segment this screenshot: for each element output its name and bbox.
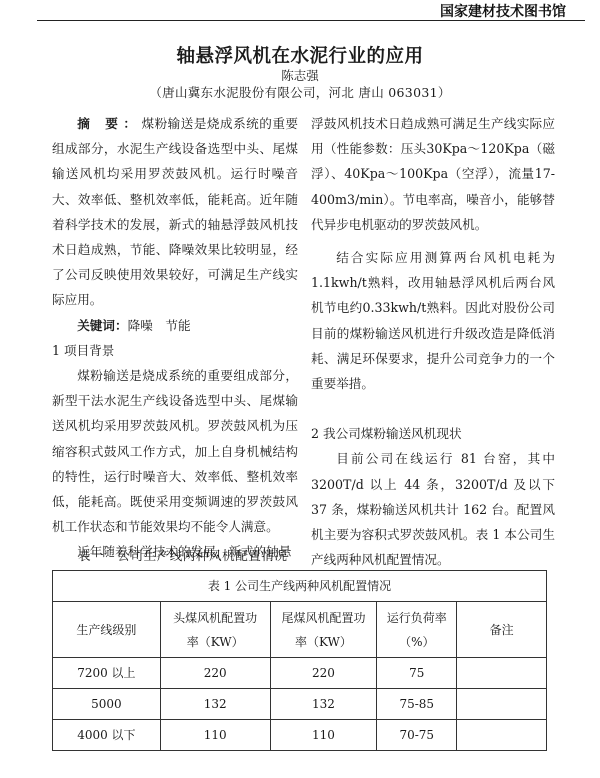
keywords: 关键词：降噪 节能: [52, 313, 298, 338]
cell-load-rate: 75: [377, 658, 457, 689]
header-text: 生产线级别: [76, 623, 136, 637]
header-text: 率（KW）: [187, 635, 244, 649]
cell-line-level: 4000 以下: [53, 720, 161, 751]
cell-head-fan-power: 132: [160, 689, 270, 720]
library-name: 国家建材技术图书馆: [440, 1, 566, 21]
keywords-label: 关键词：: [77, 318, 127, 333]
table-row: 4000 以下 110 110 70-75: [53, 720, 547, 751]
table-title: 表 1 公司生产线两种风机配置情况: [53, 571, 547, 602]
cell-tail-fan-power: 132: [270, 689, 377, 720]
spacer: [311, 396, 555, 421]
section-heading-2: 2 我公司煤粉输送风机现状: [311, 421, 555, 446]
header-text: 头煤风机配置功: [173, 611, 257, 625]
table-row: 5000 132 132 75-85: [53, 689, 547, 720]
header-text: 备注: [490, 623, 514, 637]
table-row: 7200 以上 220 220 75: [53, 658, 547, 689]
keywords-text: 降噪 节能: [128, 318, 191, 333]
cell-head-fan-power: 220: [160, 658, 270, 689]
section-1-paragraph-1: 煤粉输送是烧成系统的重要组成部分，新型干法水泥生产线设备选型中头、尾煤输送风机均…: [52, 363, 298, 539]
cell-tail-fan-power: 220: [270, 658, 377, 689]
header-remarks: 备注: [457, 602, 547, 658]
left-column: 摘 要：煤粉输送是烧成系统的重要组成部分，水泥生产线设备选型中头、尾煤输送风机均…: [52, 111, 298, 565]
cell-remarks: [457, 658, 547, 689]
header-tail-fan-power: 尾煤风机配置功率（KW）: [270, 602, 377, 658]
header-head-fan-power: 头煤风机配置功率（KW）: [160, 602, 270, 658]
abstract: 摘 要：煤粉输送是烧成系统的重要组成部分，水泥生产线设备选型中头、尾煤输送风机均…: [52, 111, 298, 313]
section-2-paragraph-1: 目前公司在线运行 81 台窑，其中3200T/d 以上 44 条，3200T/d…: [311, 446, 555, 572]
header-text: （%）: [399, 635, 434, 649]
cell-line-level: 7200 以上: [53, 658, 161, 689]
cell-tail-fan-power: 110: [270, 720, 377, 751]
section-1-paragraph-2-continued: 浮鼓风机技术日趋成熟可满足生产线实际应用（性能参数：压头30Kpa～120Kpa…: [311, 111, 555, 237]
cell-load-rate: 70-75: [377, 720, 457, 751]
abstract-text: 煤粉输送是烧成系统的重要组成部分，水泥生产线设备选型中头、尾煤输送风机均采用罗茨…: [52, 116, 298, 307]
table-caption: 表一 公司生产线两种风机配置情况: [78, 545, 288, 564]
table-title-row: 表 1 公司生产线两种风机配置情况: [53, 571, 547, 602]
section-heading-1: 1 项目背景: [52, 338, 298, 363]
header-rule: [37, 20, 585, 21]
header-load-rate: 运行负荷率（%）: [377, 602, 457, 658]
cell-line-level: 5000: [53, 689, 161, 720]
cell-head-fan-power: 110: [160, 720, 270, 751]
header-text: 率（KW）: [295, 635, 352, 649]
header-text: 运行负荷率: [387, 611, 447, 625]
cell-load-rate: 75-85: [377, 689, 457, 720]
article-title: 轴悬浮风机在水泥行业的应用: [0, 42, 600, 68]
cell-remarks: [457, 720, 547, 751]
article-affiliation: （唐山冀东水泥股份有限公司，河北 唐山 063031）: [0, 83, 600, 101]
right-column: 浮鼓风机技术日趋成熟可满足生产线实际应用（性能参数：压头30Kpa～120Kpa…: [311, 111, 555, 572]
header-text: 尾煤风机配置功: [281, 611, 365, 625]
article-author: 陈志强: [0, 66, 600, 84]
table-header-row: 生产线级别 头煤风机配置功率（KW） 尾煤风机配置功率（KW） 运行负荷率（%）…: [53, 602, 547, 658]
section-1-paragraph-3: 结合实际应用测算两台风机电耗为1.1kwh/t熟料，改用轴悬浮风机后两台风机节电…: [311, 245, 555, 396]
header-line-level: 生产线级别: [53, 602, 161, 658]
cell-remarks: [457, 689, 547, 720]
abstract-label: 摘 要：: [77, 116, 141, 131]
fan-config-table: 表 1 公司生产线两种风机配置情况 生产线级别 头煤风机配置功率（KW） 尾煤风…: [52, 570, 547, 751]
